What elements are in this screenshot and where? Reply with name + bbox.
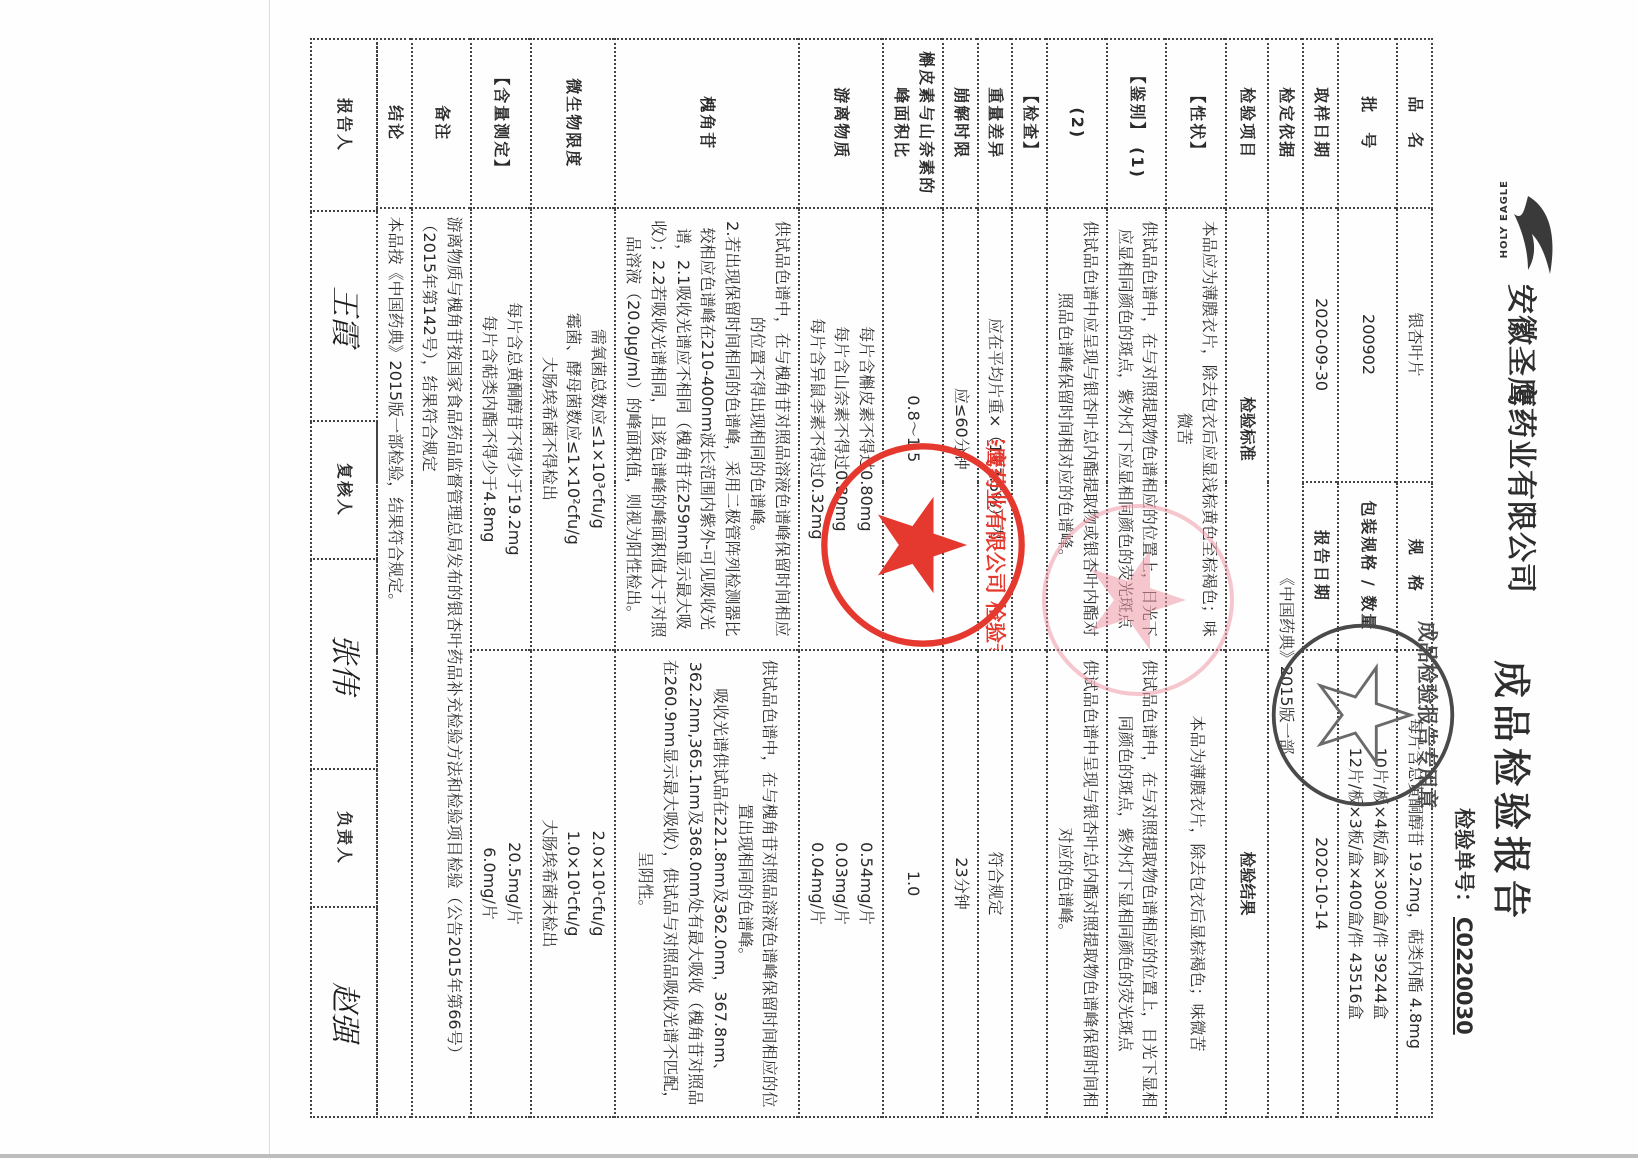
test-item: (2) bbox=[1047, 39, 1107, 208]
test-item: 重量差异 bbox=[978, 39, 1013, 208]
reporter-label: 报告人 bbox=[311, 39, 377, 211]
test-item: 微生物限度 bbox=[531, 39, 615, 208]
manager-signature: 赵强 bbox=[311, 907, 377, 1117]
info-row-basis: 检定依据 《中国药典》2015版一部 bbox=[1268, 39, 1303, 1117]
packaging-value: 10片/板×4板/盒×300盒/件 39244盒 12片/板×3板/盒×400盒… bbox=[1338, 650, 1398, 1117]
test-standard: 每片含槲皮素不得过0.80mg 每片含山奈素不得过0.80mg 每片含异鼠李素不… bbox=[799, 208, 883, 651]
test-standard: 供试品色谱中，在与槐角苷对照品溶液色谱峰保留时间相应的位置不得出现相同的色谱峰。… bbox=[615, 208, 799, 651]
table-row: 槐角苷供试品色谱中，在与槐角苷对照品溶液色谱峰保留时间相应的位置不得出现相同的色… bbox=[615, 39, 799, 1117]
column-header-row: 检验项目 检验标准 检验结果 bbox=[1226, 39, 1268, 1117]
product-label: 品 名 bbox=[1397, 39, 1432, 208]
test-standard: 应在平均片重×（1±7.5%）内 bbox=[978, 208, 1013, 651]
test-item: 槐角苷 bbox=[615, 39, 799, 208]
test-standard: 应≤60分钟 bbox=[943, 208, 978, 651]
signature-table: 报告人 王霞 复核人 张伟 负责人 赵强 bbox=[310, 38, 378, 1118]
table-row: (2)供试品色谱中应呈现与银杏叶总内酯提取物或银杏叶内酯对照品色谱峰保留时间相对… bbox=[1047, 39, 1107, 1117]
table-row: 崩解时限应≤60分钟23分钟 bbox=[943, 39, 978, 1117]
test-result: 供试品色谱中，在与槐角苷对照品溶液色谱峰保留时间相应的位置出现相同的色谱峰。 吸… bbox=[615, 650, 799, 1117]
scanned-document: HOLY EAGLE 安徽圣鹰药业有限公司 成品检验报告 检验单号：C02200… bbox=[0, 0, 1638, 1158]
test-result: 0.54mg/片 0.03mg/片 0.04mg/片 bbox=[799, 650, 883, 1117]
packaging-line-1: 10片/板×4板/盒×300盒/件 39244盒 bbox=[1367, 659, 1392, 1108]
col-item: 检验项目 bbox=[1226, 39, 1268, 208]
col-standard: 检验标准 bbox=[1226, 208, 1268, 651]
table-row: 微生物限度需氧菌总数应≤1×10³cfu/g 霉菌、酵母菌数应≤1×10²cfu… bbox=[531, 39, 615, 1117]
test-result: 符合规定 bbox=[978, 650, 1013, 1117]
batch-value: 200902 bbox=[1338, 208, 1398, 482]
test-standard: 0.8～1.5 bbox=[883, 208, 943, 651]
basis-label: 检定依据 bbox=[1268, 39, 1303, 208]
sample-date-label: 取样日期 bbox=[1303, 39, 1338, 208]
batch-label: 批 号 bbox=[1338, 39, 1398, 208]
page-edge bbox=[269, 0, 270, 1158]
spec-value: 每片含总黄酮醇苷 19.2mg，萜类内酯 4.8mg bbox=[1397, 650, 1432, 1117]
test-rows: 【性状】本品应为薄膜衣片，除去包衣后应显浅棕黄色至棕褐色；味微苦本品为薄膜衣片，… bbox=[471, 39, 1226, 1117]
test-item: 【鉴别】 (1) bbox=[1107, 39, 1167, 208]
test-result: 供试品色谱中呈现与银杏叶总内酯对照提取物色谱峰保留时间相对应的色谱峰。 bbox=[1047, 650, 1107, 1117]
table-row: 【鉴别】 (1)供试品色谱中，在与对照提取物色谱相应的位置上，日光下应显相同颜色… bbox=[1107, 39, 1167, 1117]
test-standard bbox=[1012, 208, 1047, 651]
test-item: 崩解时限 bbox=[943, 39, 978, 208]
test-item: 【检查】 bbox=[1012, 39, 1047, 208]
test-result: 2.0×10¹cfu/g 1.0×10¹cfu/g 大肠埃希菌未检出 bbox=[531, 650, 615, 1117]
reviewer-label: 复核人 bbox=[311, 421, 377, 559]
report-number-value: C0220030 bbox=[1452, 917, 1476, 1035]
eagle-logo-icon bbox=[1512, 190, 1558, 280]
remarks-text: 游离物质与槐角苷按国家食品药品监督管理总局发布的银杏叶药品补充检验方法和检验项目… bbox=[412, 208, 472, 1117]
table-row: 槲皮素与山奈素的峰面积比0.8～1.51.0 bbox=[883, 39, 943, 1117]
info-row-dates: 取样日期 2020-09-30 报告日期 2020-10-14 bbox=[1303, 39, 1338, 1117]
test-item: 【含量测定】 bbox=[471, 39, 531, 208]
signature-row: 报告人 王霞 复核人 张伟 负责人 赵强 bbox=[311, 39, 377, 1117]
test-result: 本品为薄膜衣片，除去包衣后显棕褐色；味微苦 bbox=[1166, 650, 1226, 1117]
logo-wordmark: HOLY EAGLE bbox=[1499, 180, 1510, 258]
table-row: 【检查】 bbox=[1012, 39, 1047, 1117]
report-page: HOLY EAGLE 安徽圣鹰药业有限公司 成品检验报告 检验单号：C02200… bbox=[0, 0, 1638, 1158]
table-row: 【含量测定】每片含总黄酮醇苷不得少于19.2mg 每片含萜类内酯不得少于4.8m… bbox=[471, 39, 531, 1117]
basis-value: 《中国药典》2015版一部 bbox=[1268, 208, 1303, 1117]
test-standard: 需氧菌总数应≤1×10³cfu/g 霉菌、酵母菌数应≤1×10²cfu/g 大肠… bbox=[531, 208, 615, 651]
product-value: 银杏叶片 bbox=[1397, 208, 1432, 482]
company-name: 安徽圣鹰药业有限公司 bbox=[1502, 284, 1546, 594]
test-result bbox=[1012, 650, 1047, 1117]
report-number-label: 检验单号： bbox=[1452, 808, 1476, 913]
packaging-line-2: 12片/板×3板/盒×400盒/件 43516盒 bbox=[1343, 659, 1368, 1108]
test-result: 供试品色谱中，在与对照提取物色谱相应的位置上，日光下显相同颜色的斑点，紫外灯下显… bbox=[1107, 650, 1167, 1117]
test-item: 【性状】 bbox=[1166, 39, 1226, 208]
table-row: 重量差异应在平均片重×（1±7.5%）内符合规定 bbox=[978, 39, 1013, 1117]
remarks-label: 备注 bbox=[412, 39, 472, 208]
manager-label: 负责人 bbox=[311, 769, 377, 907]
reviewer-signature: 张伟 bbox=[311, 559, 377, 769]
remarks-row: 备注 游离物质与槐角苷按国家食品药品监督管理总局发布的银杏叶药品补充检验方法和检… bbox=[412, 39, 472, 1117]
test-standard: 本品应为薄膜衣片，除去包衣后应显浅棕黄色至棕褐色；味微苦 bbox=[1166, 208, 1226, 651]
reporter-signature: 王霞 bbox=[311, 211, 377, 421]
packaging-label: 包装规格 / 数量 bbox=[1338, 482, 1398, 651]
report-title: 成品检验报告 bbox=[1487, 660, 1542, 924]
report-date-value: 2020-10-14 bbox=[1303, 650, 1338, 1117]
test-item: 游离物质 bbox=[799, 39, 883, 208]
table-row: 【性状】本品应为薄膜衣片，除去包衣后应显浅棕黄色至棕褐色；味微苦本品为薄膜衣片，… bbox=[1166, 39, 1226, 1117]
spec-label: 规 格 bbox=[1397, 482, 1432, 651]
test-result: 23分钟 bbox=[943, 650, 978, 1117]
table-row: 游离物质每片含槲皮素不得过0.80mg 每片含山奈素不得过0.80mg 每片含异… bbox=[799, 39, 883, 1117]
test-result: 20.5mg/片 6.0mg/片 bbox=[471, 650, 531, 1117]
test-result: 1.0 bbox=[883, 650, 943, 1117]
sample-date-value: 2020-09-30 bbox=[1303, 208, 1338, 482]
inspection-table: 品 名 银杏叶片 规 格 每片含总黄酮醇苷 19.2mg，萜类内酯 4.8mg … bbox=[376, 38, 1433, 1118]
test-standard: 供试品色谱中，在与对照提取物色谱相应的位置上，日光下应显相同颜色的斑点，紫外灯下… bbox=[1107, 208, 1167, 651]
conclusion-text: 本品按《中国药典》2015版一部检验，结果符合规定。 bbox=[377, 208, 412, 1117]
col-result: 检验结果 bbox=[1226, 650, 1268, 1117]
report-number: 检验单号：C0220030 bbox=[1450, 808, 1480, 1035]
conclusion-row: 结论 本品按《中国药典》2015版一部检验，结果符合规定。 bbox=[377, 39, 412, 1117]
conclusion-label: 结论 bbox=[377, 39, 412, 208]
test-standard: 供试品色谱中应呈现与银杏叶总内酯提取物或银杏叶内酯对照品色谱峰保留时间相对应的色… bbox=[1047, 208, 1107, 651]
report-date-label: 报告日期 bbox=[1303, 482, 1338, 651]
test-item: 槲皮素与山奈素的峰面积比 bbox=[883, 39, 943, 208]
info-row-batch: 批 号 200902 包装规格 / 数量 10片/板×4板/盒×300盒/件 3… bbox=[1338, 39, 1398, 1117]
test-standard: 每片含总黄酮醇苷不得少于19.2mg 每片含萜类内酯不得少于4.8mg bbox=[471, 208, 531, 651]
info-row-product: 品 名 银杏叶片 规 格 每片含总黄酮醇苷 19.2mg，萜类内酯 4.8mg bbox=[1397, 39, 1432, 1117]
